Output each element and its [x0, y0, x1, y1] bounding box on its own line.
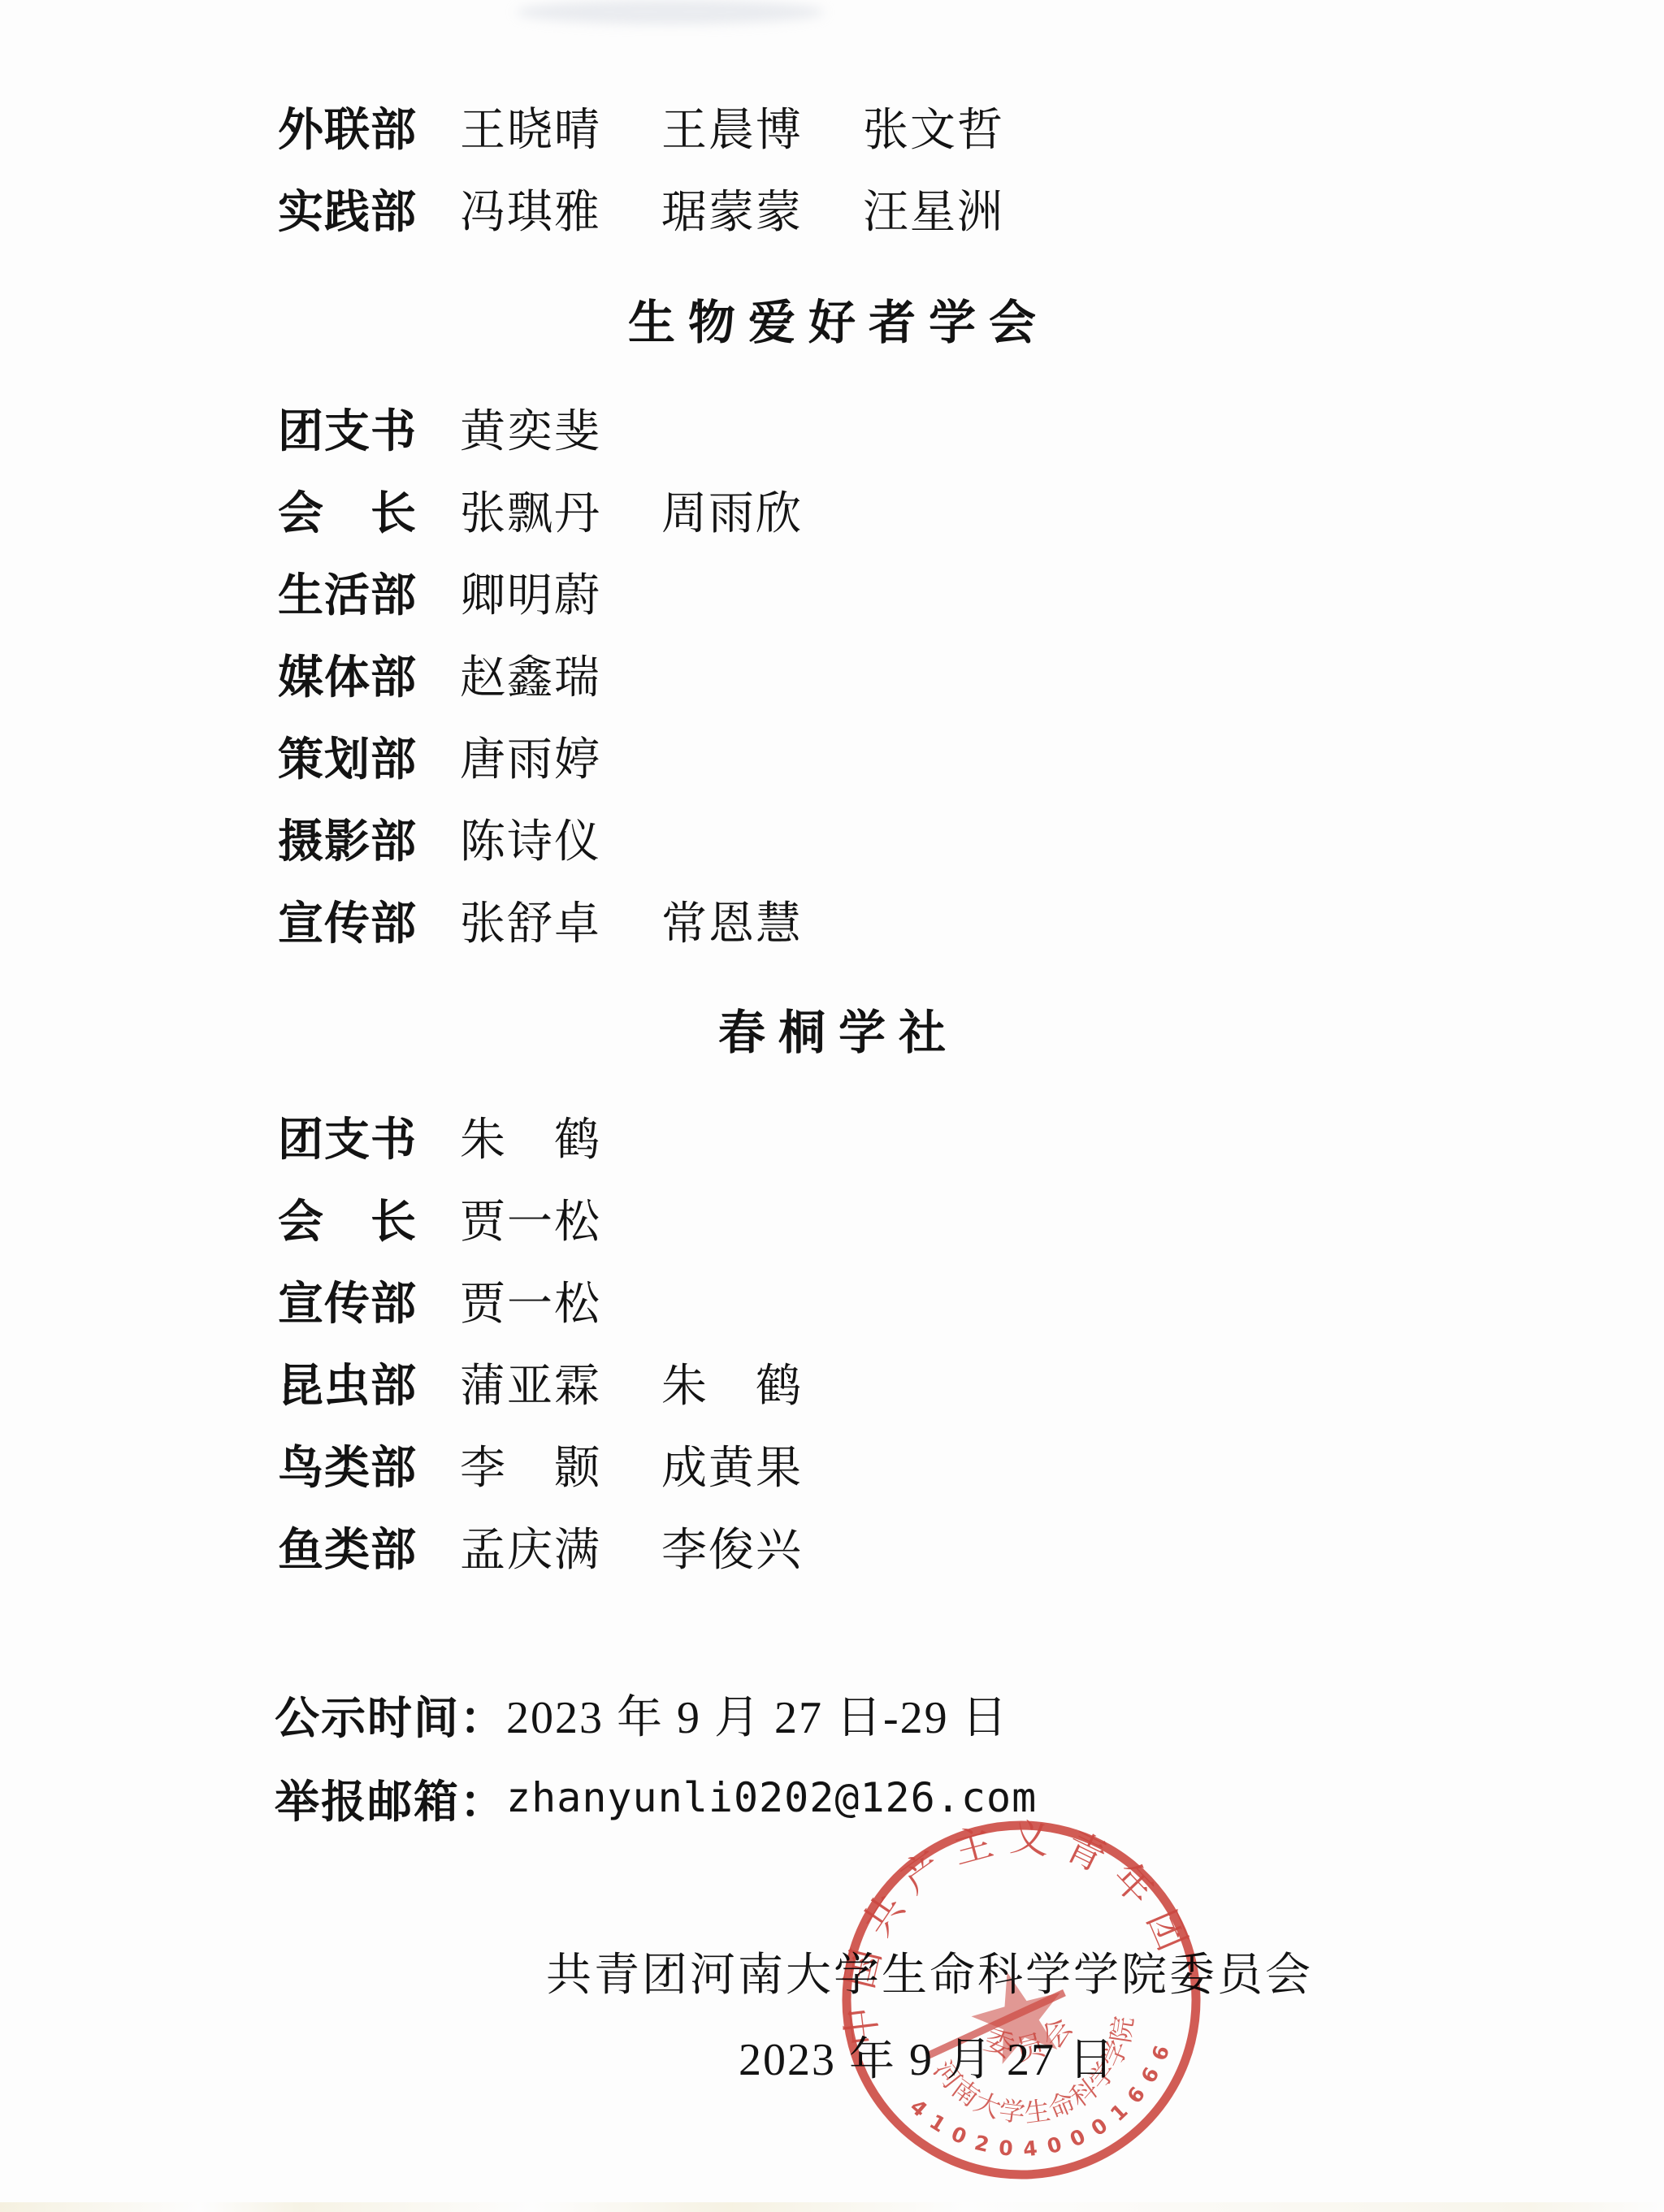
dept-label: 宣传部 [278, 888, 460, 953]
publicity-period-label: 公示时间： [275, 1682, 506, 1747]
scan-edge-artifact [0, 2202, 1664, 2212]
section-title: 生物爱好者学会 [0, 277, 1664, 359]
report-email-label: 举报邮箱： [275, 1766, 506, 1830]
member-name: 陈诗仪 [460, 806, 601, 871]
member-name: 蒲亚霖 [460, 1350, 601, 1415]
official-seal: 中国共产主义青年团 河南大学生命科学学院 委员会 4102040001666 [834, 1813, 1208, 2187]
dept-label: 团支书 [278, 396, 460, 461]
member-names: 贾一松 [460, 1268, 601, 1333]
dept-label: 鸟类部 [278, 1432, 460, 1497]
member-name: 琚蒙蒙 [661, 176, 803, 241]
issue-date: 2023 年 9 月 27 日 [0, 2015, 1664, 2097]
member-names: 冯琪雅 琚蒙蒙 汪星洲 [460, 176, 1004, 241]
dept-label: 鱼类部 [278, 1514, 460, 1579]
section-title: 春桐学社 [0, 987, 1664, 1069]
member-names: 朱 鹤 [460, 1104, 601, 1169]
member-row: 策划部 唐雨婷 [0, 715, 1664, 797]
member-row: 鸟类部 李 颢 成黄果 [0, 1423, 1664, 1505]
member-name: 张文哲 [863, 94, 1004, 159]
member-name: 王晓晴 [460, 94, 601, 159]
member-name: 孟庆满 [460, 1514, 601, 1579]
member-row: 团支书 朱 鹤 [0, 1095, 1664, 1177]
member-name: 张飘丹 [460, 478, 601, 543]
member-names: 李 颢 成黄果 [460, 1432, 803, 1497]
member-row: 会 长 贾一松 [0, 1177, 1664, 1259]
member-name: 张舒卓 [460, 888, 601, 953]
member-name: 周雨欣 [661, 478, 803, 543]
member-names: 张舒卓 常恩慧 [460, 888, 803, 953]
member-name: 李俊兴 [661, 1514, 803, 1579]
member-names: 黄奕斐 [460, 396, 601, 461]
dept-label: 会 长 [278, 1186, 460, 1251]
member-row: 鱼类部 孟庆满 李俊兴 [0, 1505, 1664, 1587]
member-row: 团支书 黄奕斐 [0, 387, 1664, 469]
member-name: 朱 鹤 [661, 1350, 803, 1415]
member-names: 孟庆满 李俊兴 [460, 1514, 803, 1579]
dept-label: 团支书 [278, 1104, 460, 1169]
document-page: 外联部 王晓晴 王晨博 张文哲 实践部 冯琪雅 琚蒙蒙 汪星洲 生物爱好者学会 … [0, 0, 1664, 2212]
member-names: 王晓晴 王晨博 张文哲 [460, 94, 1004, 159]
member-name: 汪星洲 [863, 176, 1004, 241]
member-name: 唐雨婷 [460, 724, 601, 789]
member-name: 贾一松 [460, 1268, 601, 1333]
member-name: 赵鑫瑞 [460, 642, 601, 707]
dept-label: 策划部 [278, 724, 460, 789]
member-row: 生活部 卿明蔚 [0, 551, 1664, 633]
member-row: 摄影部 陈诗仪 [0, 797, 1664, 879]
member-names: 陈诗仪 [460, 806, 601, 871]
publicity-period-line: 公示时间： 2023 年 9 月 27 日-29 日 [0, 1673, 1664, 1755]
member-row: 外联部 王晓晴 王晨博 张文哲 [0, 85, 1664, 167]
member-names: 唐雨婷 [460, 724, 601, 789]
member-name: 成黄果 [661, 1432, 803, 1497]
dept-label: 实践部 [278, 176, 460, 241]
member-name: 李 颢 [460, 1432, 601, 1497]
dept-label: 外联部 [278, 94, 460, 159]
member-row: 实践部 冯琪雅 琚蒙蒙 汪星洲 [0, 167, 1664, 249]
member-names: 蒲亚霖 朱 鹤 [460, 1350, 803, 1415]
member-name: 冯琪雅 [460, 176, 601, 241]
issuing-organization: 共青团河南大学生命科学学院委员会 [0, 1931, 1664, 2012]
member-name: 贾一松 [460, 1186, 601, 1251]
member-names: 张飘丹 周雨欣 [460, 478, 803, 543]
dept-label: 生活部 [278, 560, 460, 625]
member-name: 卿明蔚 [460, 560, 601, 625]
member-names: 卿明蔚 [460, 560, 601, 625]
report-email-line: 举报邮箱： zhanyunli0202@126.com [0, 1757, 1664, 1838]
member-row: 宣传部 张舒卓 常恩慧 [0, 879, 1664, 961]
member-row: 昆虫部 蒲亚霖 朱 鹤 [0, 1341, 1664, 1423]
member-names: 赵鑫瑞 [460, 642, 601, 707]
dept-label: 媒体部 [278, 642, 460, 707]
member-name: 黄奕斐 [460, 396, 601, 461]
dept-label: 摄影部 [278, 806, 460, 871]
publicity-period-value: 2023 年 9 月 27 日-29 日 [506, 1682, 1009, 1747]
member-name: 朱 鹤 [460, 1104, 601, 1169]
member-names: 贾一松 [460, 1186, 601, 1251]
member-row: 会 长 张飘丹 周雨欣 [0, 469, 1664, 551]
dept-label: 宣传部 [278, 1268, 460, 1333]
member-name: 常恩慧 [661, 888, 803, 953]
dept-label: 昆虫部 [278, 1350, 460, 1415]
member-row: 宣传部 贾一松 [0, 1259, 1664, 1341]
scan-bleedthrough-artifact [516, 0, 825, 24]
member-name: 王晨博 [661, 94, 803, 159]
member-row: 媒体部 赵鑫瑞 [0, 633, 1664, 715]
dept-label: 会 长 [278, 478, 460, 543]
